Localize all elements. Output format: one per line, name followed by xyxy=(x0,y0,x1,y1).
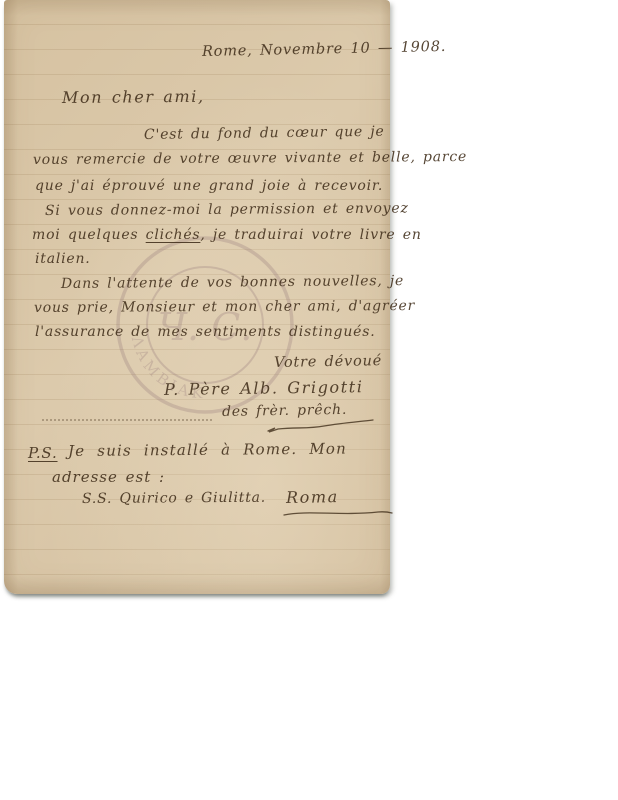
ps-label: P.S. xyxy=(28,444,58,462)
letter-page: ΛΑΜΒΙΑΚ Ч. С. Rome, Novembre 10 — 1908. … xyxy=(4,0,390,594)
paragraph3-line2: vous prie, Monsieur et mon cher ami, d'a… xyxy=(34,298,415,316)
paragraph2-line1: Si vous donnez-moi la permission et envo… xyxy=(45,200,409,219)
ps-line2: adresse est : xyxy=(52,468,165,486)
paragraph1-line3: que j'ai éprouvé une grand joie à recevo… xyxy=(35,178,383,194)
underlined-word-cliches: clichés xyxy=(146,227,201,243)
paragraph3-line3: l'assurance de mes sentiments distingués… xyxy=(35,324,375,340)
signature-closing: Votre dévoué xyxy=(274,353,382,371)
ps-line3: S.S. Quirico e Giulitta. xyxy=(82,490,266,507)
signature-name: P. Père Alb. Grigotti xyxy=(164,377,364,399)
paragraph2-line2-pre: moi quelques xyxy=(32,227,146,243)
roma-underline-flourish xyxy=(282,508,394,518)
paragraph2-line2-post: , je traduirai votre livre en xyxy=(200,227,421,243)
paragraph1-line1: C'est du fond du cœur que je xyxy=(144,124,385,143)
ps-place-roma: Roma xyxy=(286,487,339,507)
paragraph2-line2: moi quelques clichés, je traduirai votre… xyxy=(32,227,422,243)
paragraph2-line3: italien. xyxy=(35,251,91,267)
paragraph3-line1: Dans l'attente de vos bonnes nouvelles, … xyxy=(61,273,404,292)
dateline: Rome, Novembre 10 — 1908. xyxy=(202,39,447,60)
ps-line1: Je suis installé à Rome. Mon xyxy=(68,440,347,460)
salutation: Mon cher ami, xyxy=(62,87,205,107)
paragraph1-line2: vous remercie de votre œuvre vivante et … xyxy=(33,149,467,168)
signature-flourish xyxy=(266,418,376,434)
ink-dots xyxy=(42,419,212,421)
